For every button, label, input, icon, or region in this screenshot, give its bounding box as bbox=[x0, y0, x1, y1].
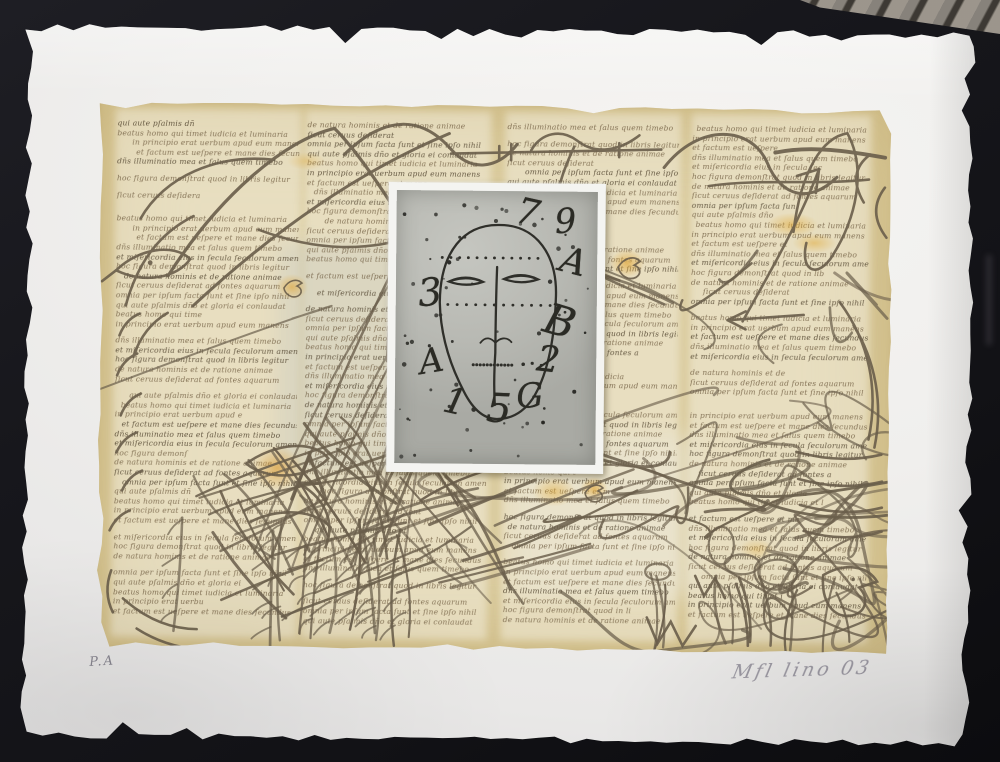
proof-mark: P.A bbox=[89, 653, 115, 670]
background-reflection bbox=[986, 255, 992, 345]
panel-glyph-9: 9 bbox=[554, 204, 578, 239]
photo-frame: qui aute pſalmis dñbeatus homo qui timet… bbox=[0, 0, 1000, 762]
artist-signature: Mfl lino 03 bbox=[730, 657, 874, 684]
artwork-paper: qui aute pſalmis dñbeatus homo qui timet… bbox=[19, 21, 978, 748]
panel-glyph-A2: A bbox=[416, 343, 446, 381]
center-panel: 7 9 A B 2 G 3 A 1 5 bbox=[386, 182, 606, 474]
print-area: qui aute pſalmis dñbeatus homo qui timet… bbox=[94, 100, 894, 656]
face-etching: 7 9 A B 2 G 3 A 1 5 bbox=[394, 190, 598, 465]
panel-glyph-3: 3 bbox=[416, 272, 444, 312]
artwork-paper-wrapper: qui aute pſalmis dñbeatus homo qui timet… bbox=[19, 21, 978, 748]
panel-glyph-G: G bbox=[515, 379, 544, 415]
panel-glyph-2: 2 bbox=[535, 341, 562, 379]
panel-glyph-5: 5 bbox=[485, 388, 512, 429]
